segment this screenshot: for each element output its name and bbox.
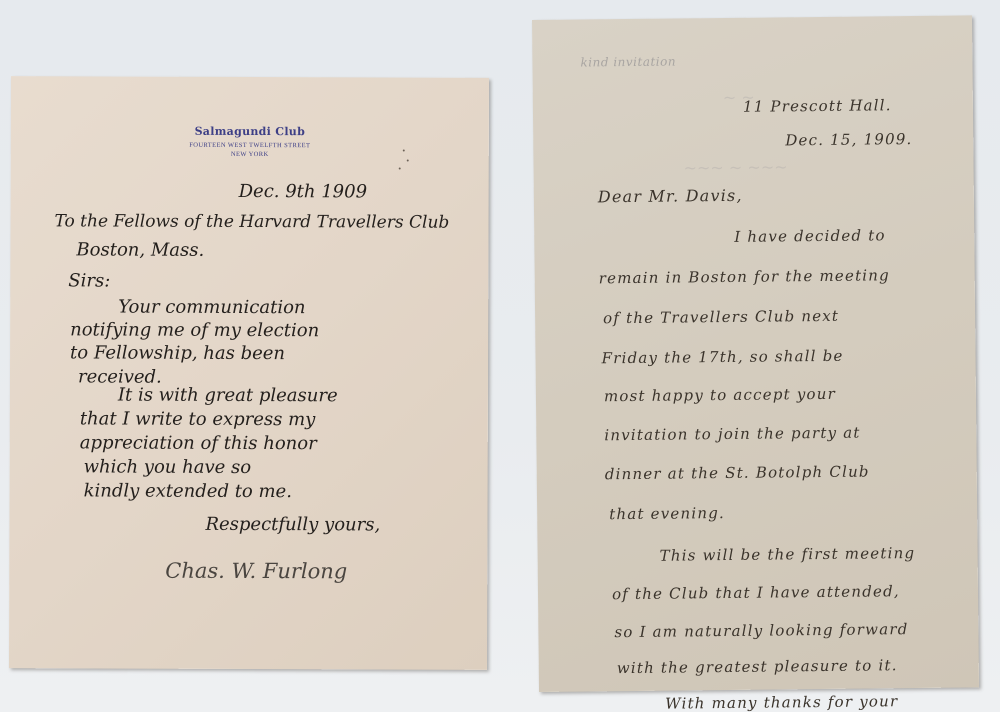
letter-line: Your communication bbox=[118, 297, 305, 319]
letterhead: Salmagundi Club FOURTEEN WEST TWELFTH ST… bbox=[11, 124, 489, 159]
letter-line: so I am naturally looking forward bbox=[614, 620, 908, 641]
pencil-note: kind invitation bbox=[580, 54, 676, 69]
letter-date: Dec. 15, 1909. bbox=[785, 130, 912, 149]
letter-line: It is with great pleasure bbox=[118, 385, 338, 407]
letter-line: Friday the 17th, so shall be bbox=[601, 347, 843, 368]
letter-line: invitation to join the party at bbox=[604, 424, 860, 445]
letter-line: Sirs: bbox=[68, 270, 110, 291]
salutation: Dear Mr. Davis, bbox=[598, 186, 743, 207]
letter-line: to Fellowship, has been bbox=[70, 342, 285, 364]
ink-speck bbox=[407, 160, 409, 162]
letter-line: kindly extended to me. bbox=[84, 480, 292, 502]
letter-line: of the Travellers Club next bbox=[603, 307, 839, 327]
letter-date: Dec. 9th 1909 bbox=[239, 181, 367, 202]
ink-speck bbox=[403, 150, 405, 152]
letter-line: notifying me of my election bbox=[70, 319, 319, 341]
letter-line: that I write to express my bbox=[80, 408, 316, 430]
sender-address: 11 Prescott Hall. bbox=[743, 96, 892, 116]
signature: Chas. W. Furlong bbox=[165, 559, 347, 584]
letter-line: most happy to accept your bbox=[604, 385, 836, 405]
letter-line: remain in Boston for the meeting bbox=[599, 266, 890, 287]
letter-line: appreciation of this honor bbox=[80, 432, 317, 454]
letter-salmagundi-club: Salmagundi Club FOURTEEN WEST TWELFTH ST… bbox=[9, 76, 489, 670]
letterhead-club-name: Salmagundi Club bbox=[11, 124, 489, 139]
letter-line: with the greatest pleasure to it. bbox=[617, 656, 898, 677]
letterhead-street: FOURTEEN WEST TWELFTH STREET bbox=[11, 141, 489, 150]
letter-line: To the Fellows of the Harvard Travellers… bbox=[54, 211, 449, 232]
letterhead-city: NEW YORK bbox=[11, 150, 489, 159]
letter-closing: Respectfully yours, bbox=[205, 514, 380, 536]
letter-line: This will be the first meeting bbox=[660, 544, 916, 565]
letter-line: which you have so bbox=[84, 456, 251, 478]
letter-line: I have decided to bbox=[734, 226, 886, 246]
letter-prescott-hall: kind invitation ~ ~ ~~~ ~ ~~~ 11 Prescot… bbox=[532, 15, 979, 692]
letter-line: dinner at the St. Botolph Club bbox=[605, 462, 870, 483]
letter-line: Boston, Mass. bbox=[76, 239, 204, 260]
ink-speck bbox=[399, 168, 401, 170]
letter-line: of the Club that I have attended, bbox=[612, 582, 900, 603]
bleed-through-text: ~~~ ~ ~~~ bbox=[683, 157, 787, 177]
letter-line: With many thanks for your bbox=[665, 692, 898, 712]
letter-line: that evening. bbox=[609, 504, 725, 523]
